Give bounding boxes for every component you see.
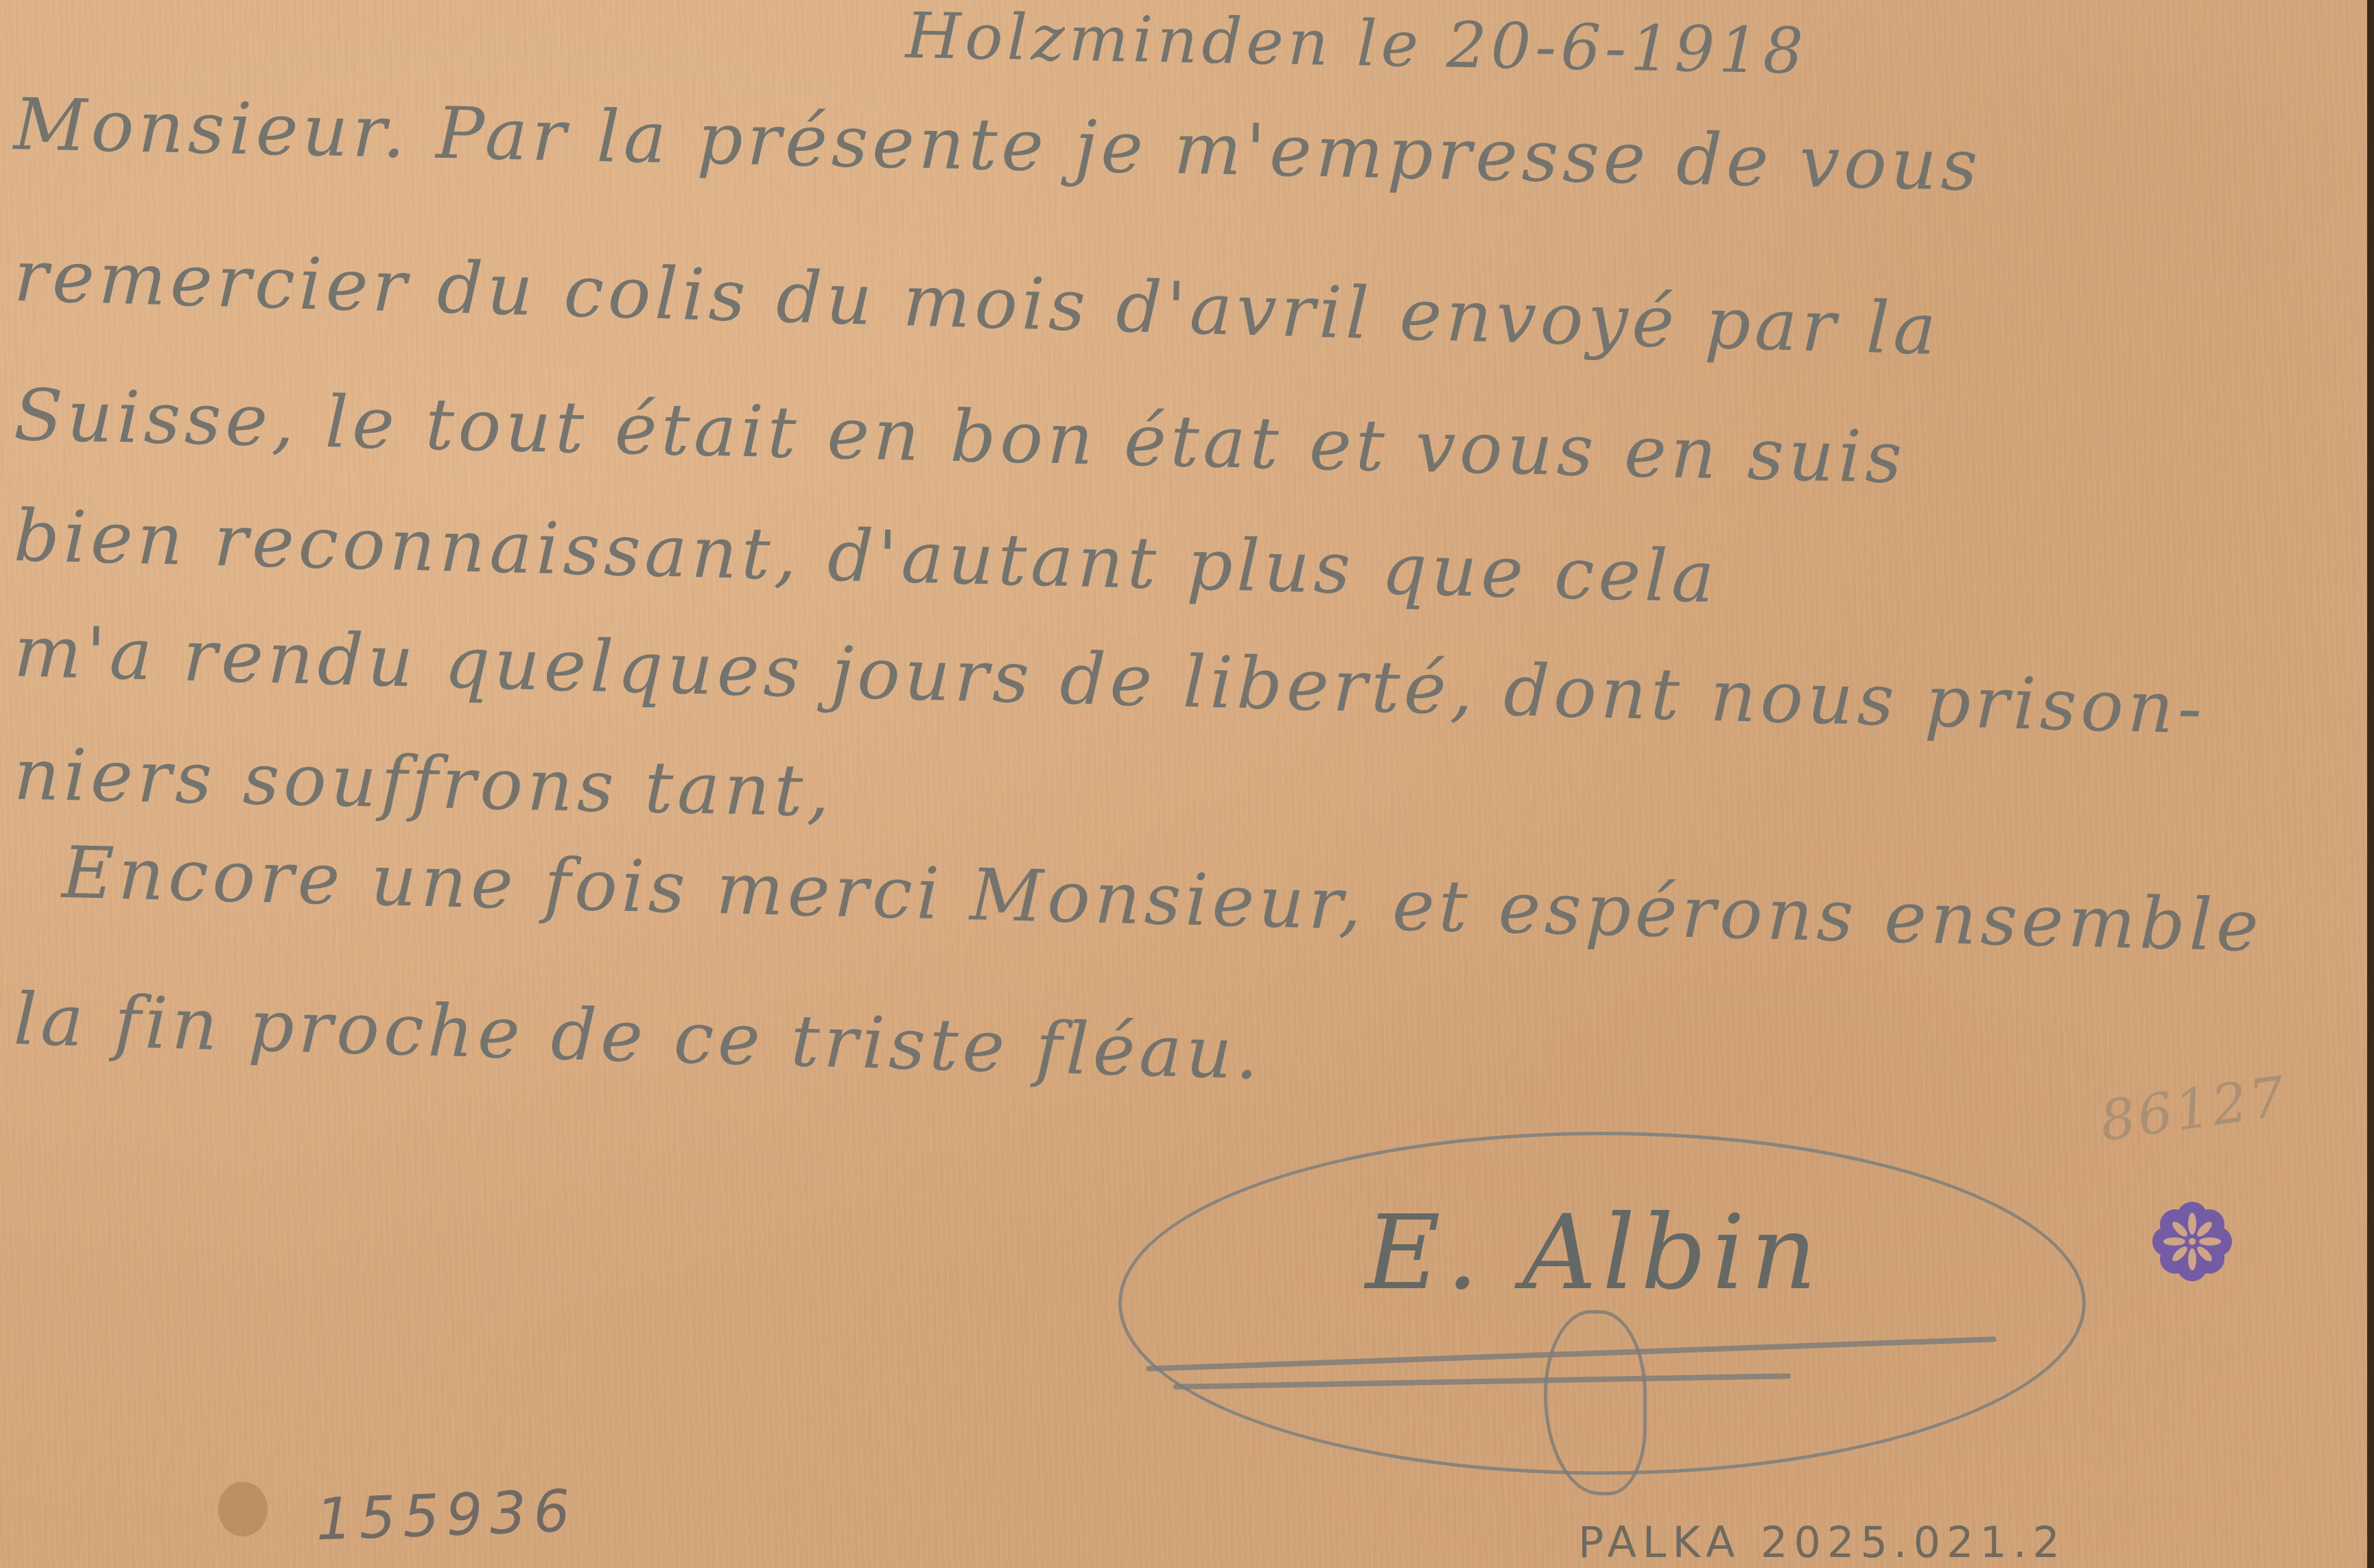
body-line: m'a rendu quelques jours de liberté, don… bbox=[13, 609, 2207, 750]
flower-stamp-icon bbox=[2151, 1200, 2233, 1283]
archive-number: 155936 bbox=[314, 1477, 578, 1553]
body-line: remercier du colis du mois d'avril envoy… bbox=[13, 234, 1941, 371]
body-line: Encore une fois merci Monsieur, et espér… bbox=[61, 831, 2264, 968]
stain-mark bbox=[218, 1482, 268, 1536]
card-edge bbox=[2367, 0, 2374, 1568]
body-line: Suisse, le tout était en bon état et vou… bbox=[13, 373, 1907, 500]
body-line: Monsieur. Par la présente je m'empresse … bbox=[13, 82, 1982, 207]
signature-block: E. Albin bbox=[1118, 1132, 2086, 1475]
postcard: Holzminden le 20-6-1918 Monsieur. Par la… bbox=[0, 0, 2374, 1568]
body-line: bien reconnaissant, d'autant plus que ce… bbox=[13, 494, 1719, 619]
pencil-note: 86127 bbox=[2096, 1064, 2292, 1153]
catalogue-reference: PALKA 2025.021.2 bbox=[1578, 1517, 2066, 1567]
body-line: la fin proche de ce triste fléau. bbox=[13, 977, 1264, 1096]
body-line: niers souffrons tant, bbox=[13, 732, 835, 833]
signature: E. Albin bbox=[1365, 1193, 1822, 1313]
place-and-date: Holzminden le 20-6-1918 bbox=[905, 0, 1808, 88]
